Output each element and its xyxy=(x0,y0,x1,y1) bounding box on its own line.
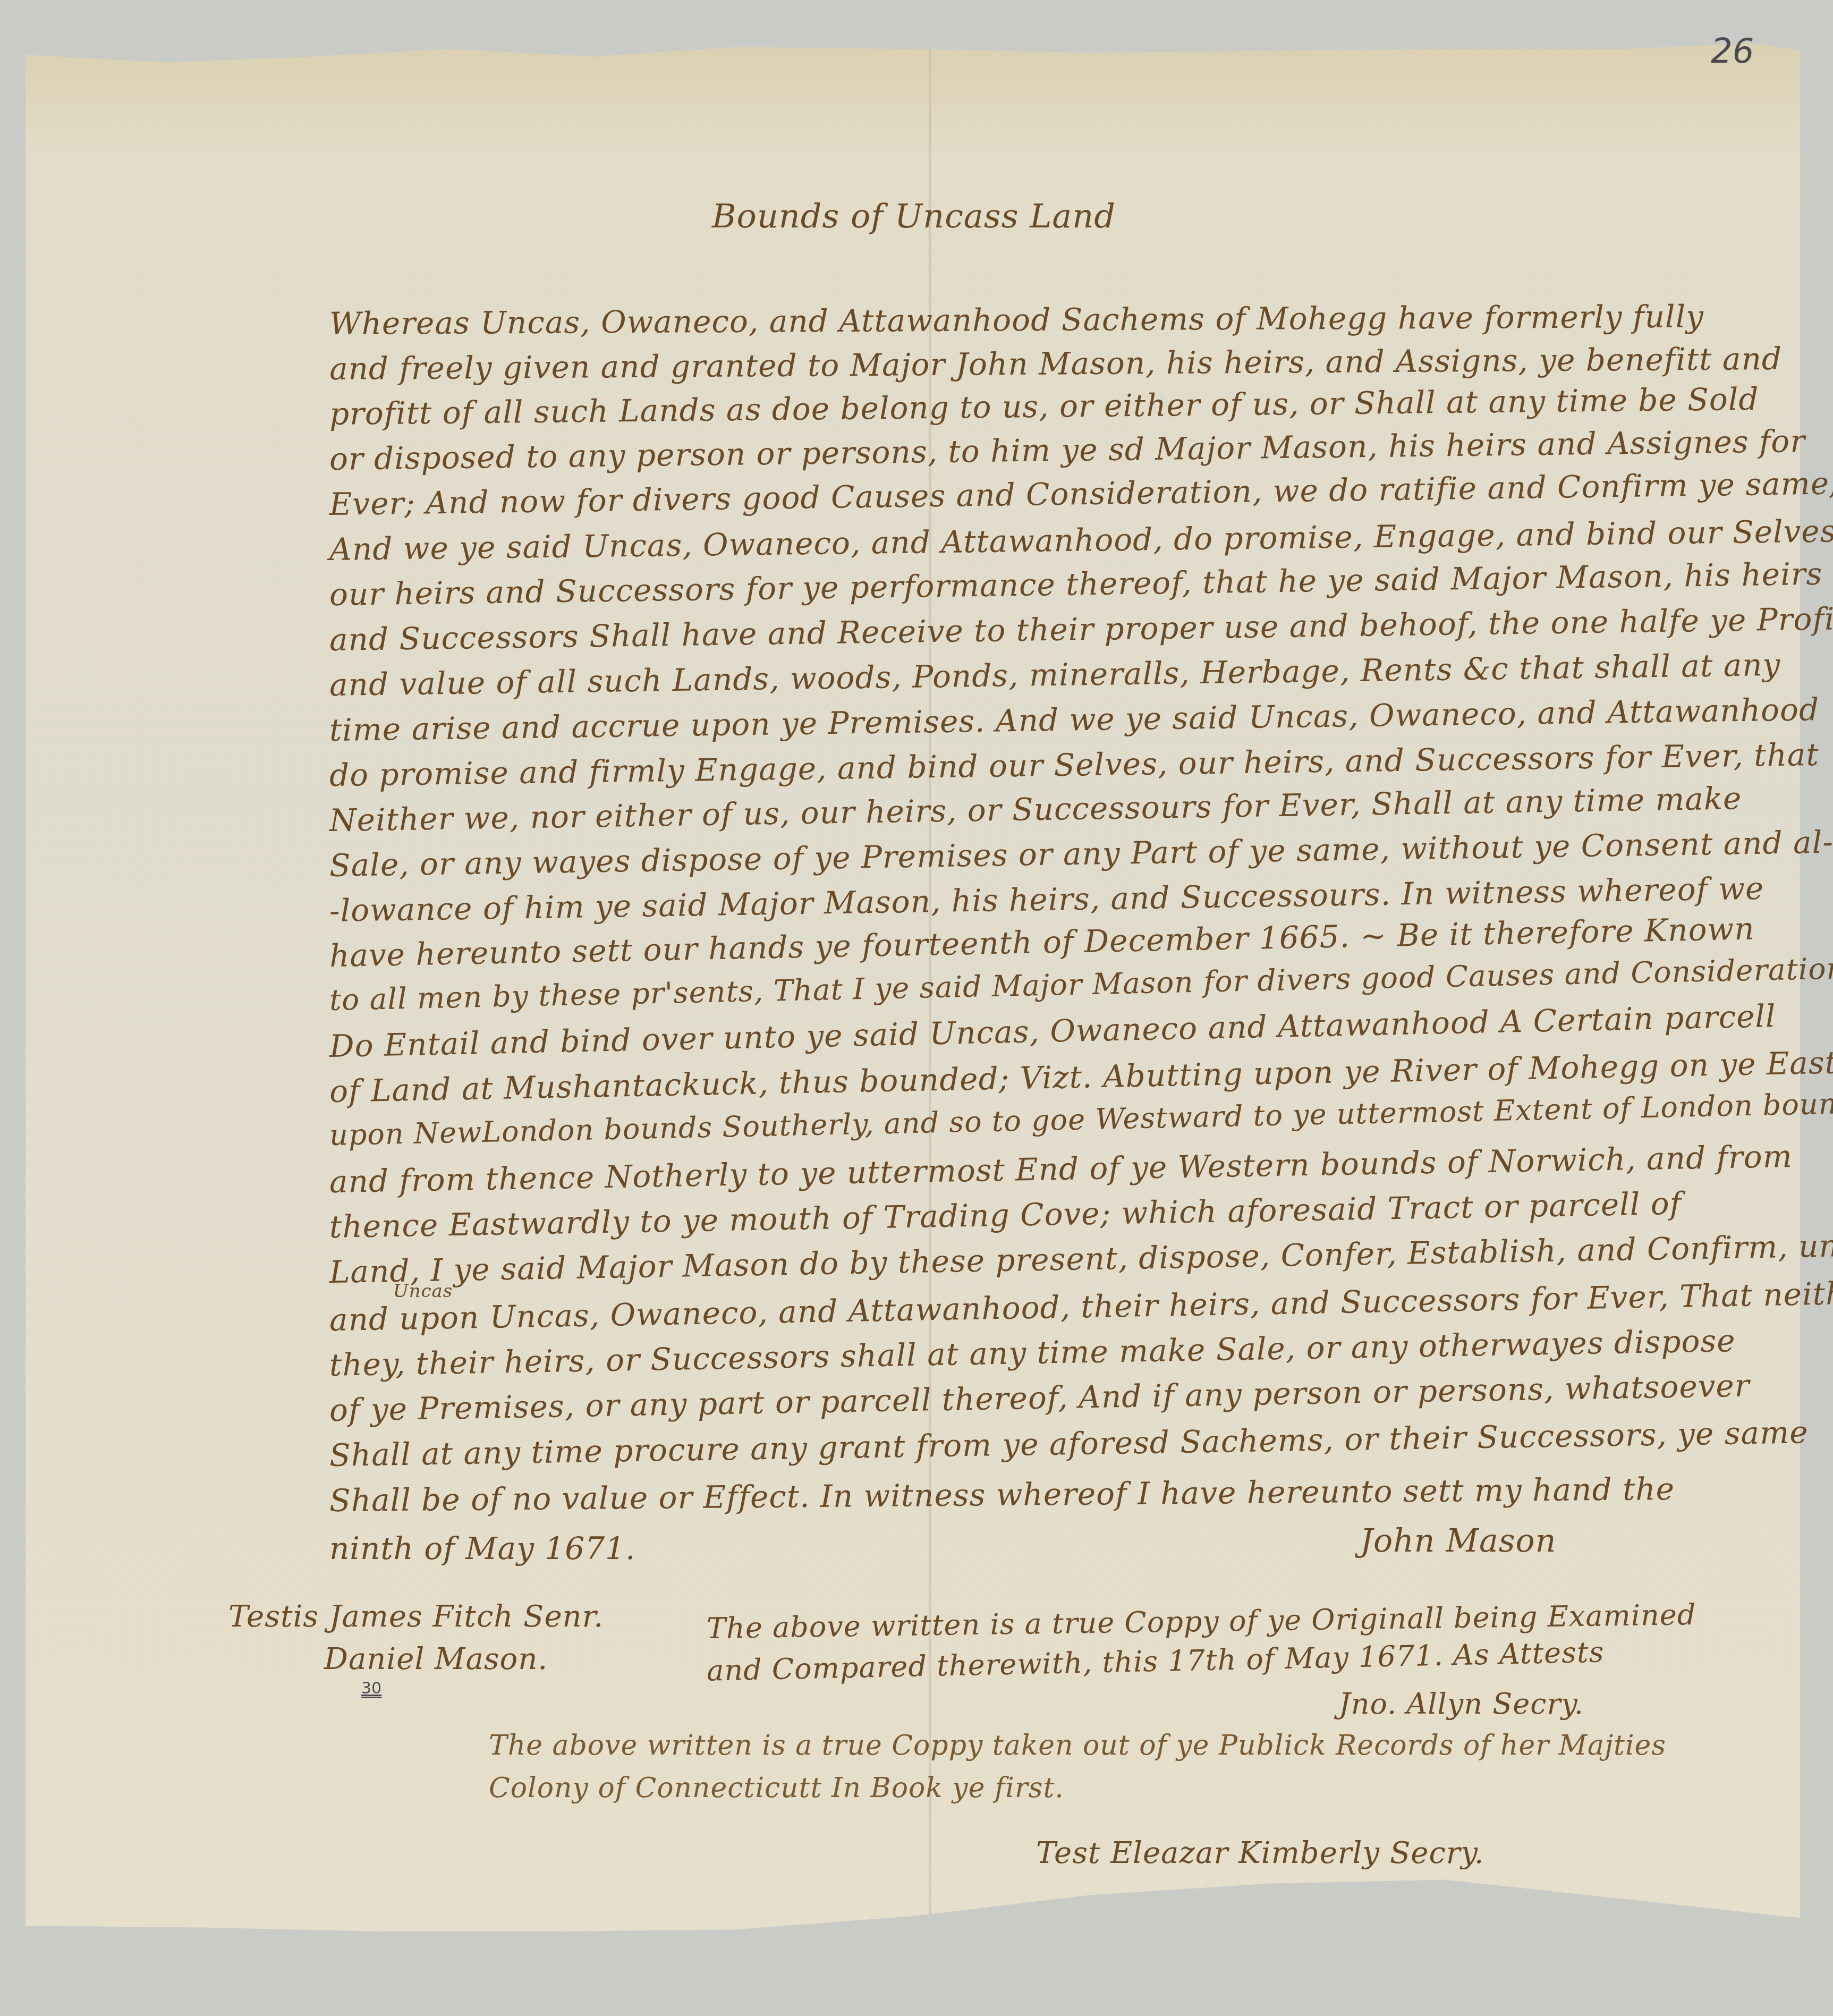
folio-number: 26 xyxy=(1711,32,1754,71)
attestation-signer: Test Eleazar Kimberly Secry. xyxy=(1036,1836,1484,1870)
attestation-line: Colony of Connecticutt In Book ye first. xyxy=(489,1772,1064,1804)
witnesses-label: Testis xyxy=(228,1599,319,1634)
attestation-signer: Jno. Allyn Secry. xyxy=(1339,1687,1584,1721)
body-line: ninth of May 1671. xyxy=(329,1530,635,1566)
attestation-line: The above written is a true Coppy taken … xyxy=(489,1730,1666,1761)
document-title: Bounds of Uncass Land xyxy=(712,197,1116,235)
witness-name: Daniel Mason. xyxy=(324,1642,548,1676)
archival-number: 30 xyxy=(361,1679,381,1698)
signature-john-mason: John Mason xyxy=(1360,1522,1556,1560)
water-stain xyxy=(26,32,1800,159)
body-line: Whereas Uncas, Owaneco, and Attawanhood … xyxy=(329,298,1704,342)
interlinear-insert: Uncas xyxy=(393,1281,453,1302)
witness-name: James Fitch Senr. xyxy=(329,1599,604,1634)
